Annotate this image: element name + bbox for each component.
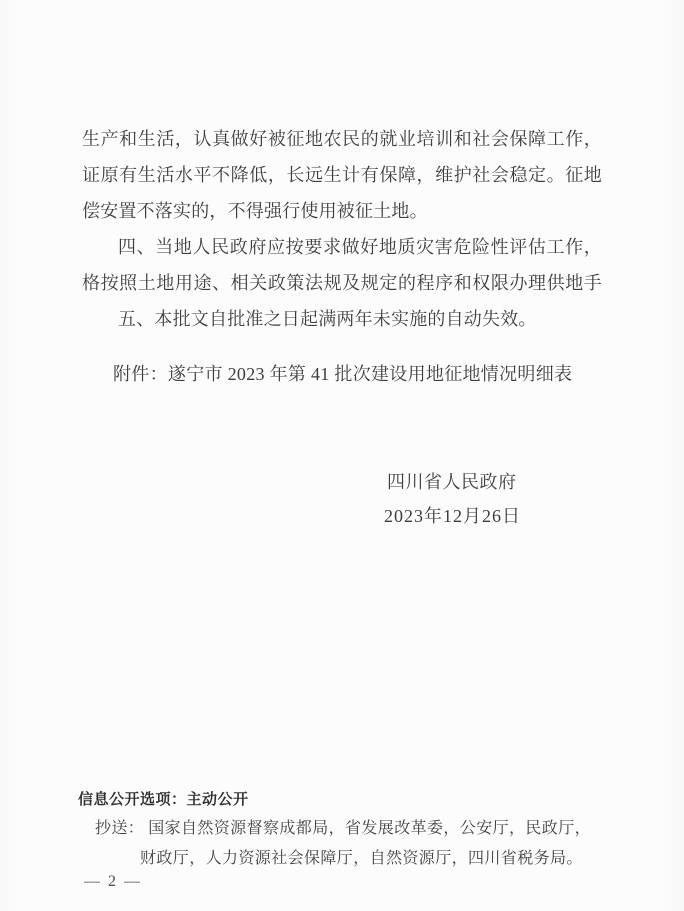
attachment-line: 附件：遂宁市 2023 年第 41 批次建设用地征地情况明细表: [113, 364, 572, 386]
cc-recipients-line: 财政厅，人力资源社会保障厅，自然资源厅，四川省税务局。: [140, 849, 583, 870]
document-page: 生产和生活，认真做好被征地农民的就业培训和社会保障工作，保 证原有生活水平不降低…: [0, 0, 684, 911]
page-number: — 2 —: [84, 873, 142, 891]
cc-recipients-line: 抄送：国家自然资源督察成都局，省发展改革委，公安厅，民政厅，: [95, 819, 591, 840]
cc-recipients-text: 国家自然资源督察成都局，省发展改革委，公安厅，民政厅，: [148, 820, 591, 837]
body-text-line: 四、当地人民政府应按要求做好地质灾害危险性评估工作，严: [82, 229, 602, 265]
cc-label: 抄送：: [95, 820, 144, 837]
body-text-line: 证原有生活水平不降低，长远生计有保障，维护社会稳定。征地补: [82, 157, 602, 193]
signature-authority: 四川省人民政府: [387, 472, 517, 494]
body-text-line: 格按照土地用途、相关政策法规及规定的程序和权限办理供地手续。: [82, 265, 602, 301]
body-text-line: 偿安置不落实的，不得强行使用被征土地。: [82, 193, 602, 229]
disclosure-option: 信息公开选项：主动公开: [78, 790, 249, 810]
body-text-line: 生产和生活，认真做好被征地农民的就业培训和社会保障工作，保: [82, 121, 602, 157]
document-body: 生产和生活，认真做好被征地农民的就业培训和社会保障工作，保 证原有生活水平不降低…: [82, 121, 602, 337]
body-text-line: 五、本批文自批准之日起满两年未实施的自动失效。: [82, 301, 602, 337]
signature-date: 2023年12月26日: [384, 506, 521, 528]
